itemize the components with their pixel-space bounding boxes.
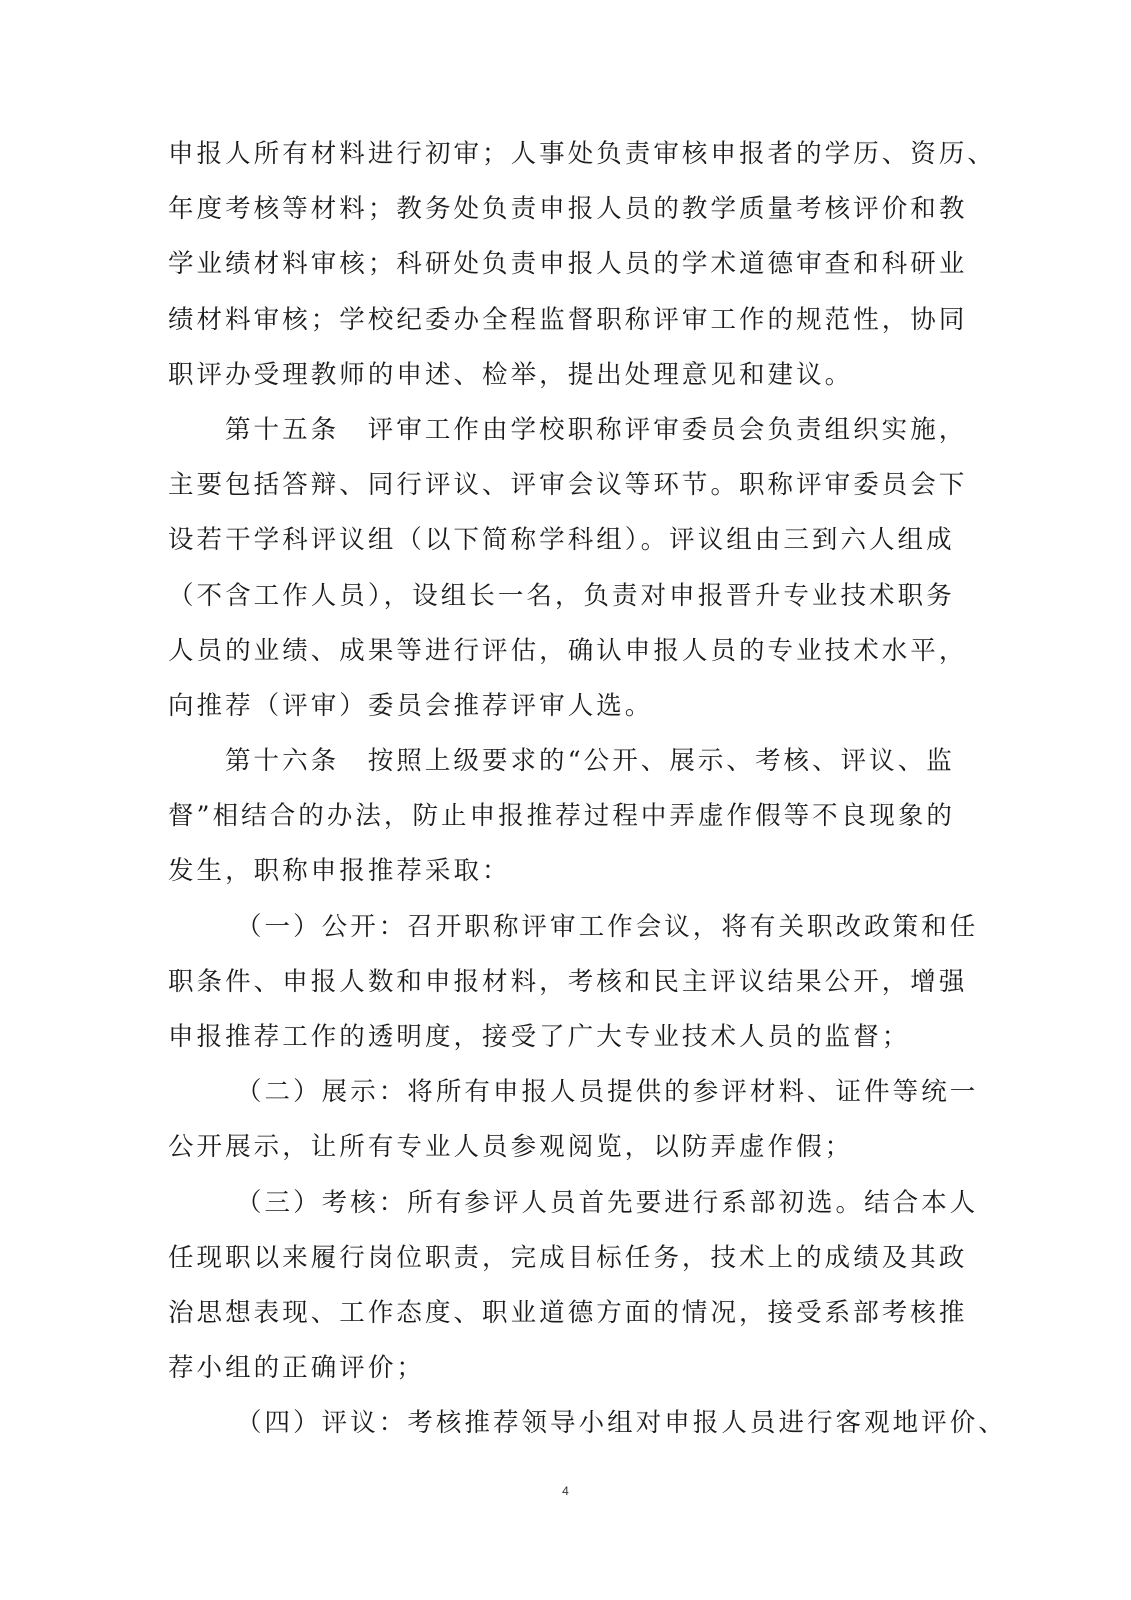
text-line: （一）公开：召开职称评审工作会议，将有关职改政策和任 [168, 900, 943, 955]
text-line: 向推荐（评审）委员会推荐评审人选。 [168, 679, 943, 734]
text-line: 第十六条 按照上级要求的“公开、展示、考核、评议、监 [168, 734, 943, 789]
text-line: 学业绩材料审核；科研处负责申报人员的学术道德审查和科研业 [168, 237, 943, 292]
text-line: 申报人所有材料进行初审；人事处负责审核申报者的学历、资历、 [168, 127, 943, 182]
text-line: 发生，职称申报推荐采取： [168, 844, 943, 899]
text-line: 督”相结合的办法，防止申报推荐过程中弄虚作假等不良现象的 [168, 789, 943, 844]
text-line: 任现职以来履行岗位职责，完成目标任务，技术上的成绩及其政 [168, 1231, 943, 1286]
text-line: 第十五条 评审工作由学校职称评审委员会负责组织实施， [168, 403, 943, 458]
text-line: 绩材料审核；学校纪委办全程监督职称评审工作的规范性，协同 [168, 293, 943, 348]
text-line: 公开展示，让所有专业人员参观阅览，以防弄虚作假； [168, 1120, 943, 1175]
page-number: 4 [0, 1484, 1131, 1498]
text-line: 职评办受理教师的申述、检举，提出处理意见和建议。 [168, 348, 943, 403]
text-line: 申报推荐工作的透明度，接受了广大专业技术人员的监督； [168, 1010, 943, 1065]
text-line: 主要包括答辩、同行评议、评审会议等环节。职称评审委员会下 [168, 458, 943, 513]
text-line: 年度考核等材料；教务处负责申报人员的教学质量考核评价和教 [168, 182, 943, 237]
text-line: 治思想表现、工作态度、职业道德方面的情况，接受系部考核推 [168, 1286, 943, 1341]
text-line: 荐小组的正确评价； [168, 1341, 943, 1396]
text-line: （二）展示：将所有申报人员提供的参评材料、证件等统一 [168, 1065, 943, 1120]
text-line: （不含工作人员），设组长一名，负责对申报晋升专业技术职务 [168, 569, 943, 624]
text-line: 设若干学科评议组（以下简称学科组）。评议组由三到六人组成 [168, 513, 943, 568]
text-line: 人员的业绩、成果等进行评估，确认申报人员的专业技术水平， [168, 624, 943, 679]
text-line: （四）评议：考核推荐领导小组对申报人员进行客观地评价、 [168, 1396, 943, 1451]
document-body: 申报人所有材料进行初审；人事处负责审核申报者的学历、资历、年度考核等材料；教务处… [168, 127, 943, 1452]
text-line: 职条件、申报人数和申报材料，考核和民主评议结果公开，增强 [168, 955, 943, 1010]
text-line: （三）考核：所有参评人员首先要进行系部初选。结合本人 [168, 1176, 943, 1231]
document-page: 申报人所有材料进行初审；人事处负责审核申报者的学历、资历、年度考核等材料；教务处… [0, 0, 1131, 1600]
